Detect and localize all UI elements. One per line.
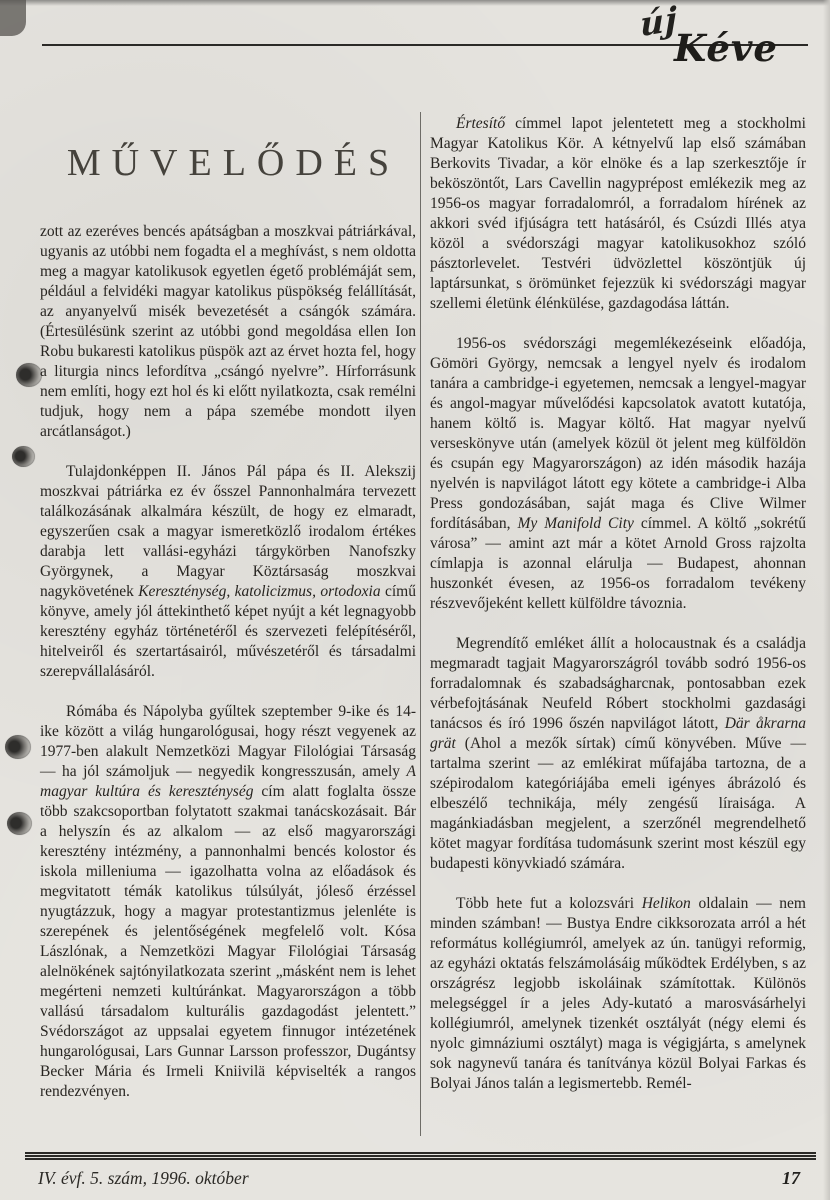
scanned-magazine-page: új Kéve MŰVELŐDÉS zott az ezeréves bencé… xyxy=(0,0,830,1200)
paragraph: Értesítő címmel lapot jelentetett meg a … xyxy=(430,114,806,314)
paragraph: Több hete fut a kolozsvári Helikon oldal… xyxy=(430,894,806,1094)
scan-corner-shadow xyxy=(0,0,26,36)
logo-script-word: új xyxy=(640,0,678,44)
footer-issue-line: IV. évf. 5. szám, 1996. október xyxy=(38,1168,249,1189)
paragraph: Tulajdonképpen II. János Pál pápa és II.… xyxy=(40,462,416,682)
section-title: MŰVELŐDÉS xyxy=(40,141,416,185)
paragraph: Megrendítő emléket állít a holocaustnak … xyxy=(430,634,806,874)
logo-title-word: Kéve xyxy=(674,26,778,70)
column-divider-rule xyxy=(420,112,421,1136)
footer-page-number: 17 xyxy=(782,1168,800,1189)
punch-hole-artifact xyxy=(7,812,32,835)
footer-rule xyxy=(25,1152,816,1160)
footer: IV. évf. 5. szám, 1996. október 17 xyxy=(38,1168,802,1194)
punch-hole-artifact xyxy=(12,446,35,467)
scan-right-edge xyxy=(823,0,830,1200)
right-column: Értesítő címmel lapot jelentetett meg a … xyxy=(430,114,806,1094)
left-column: zott az ezeréves bencés apátságban a mos… xyxy=(40,222,416,1102)
paragraph: zott az ezeréves bencés apátságban a mos… xyxy=(40,222,416,442)
punch-hole-artifact xyxy=(16,363,42,387)
punch-hole-artifact xyxy=(5,735,31,759)
magazine-logo: új Kéve xyxy=(644,2,804,74)
paragraph: Rómába és Nápolyba gyűltek szeptember 9-… xyxy=(40,702,416,1102)
paragraph: 1956-os svédországi megemlékezéseink elő… xyxy=(430,334,806,614)
